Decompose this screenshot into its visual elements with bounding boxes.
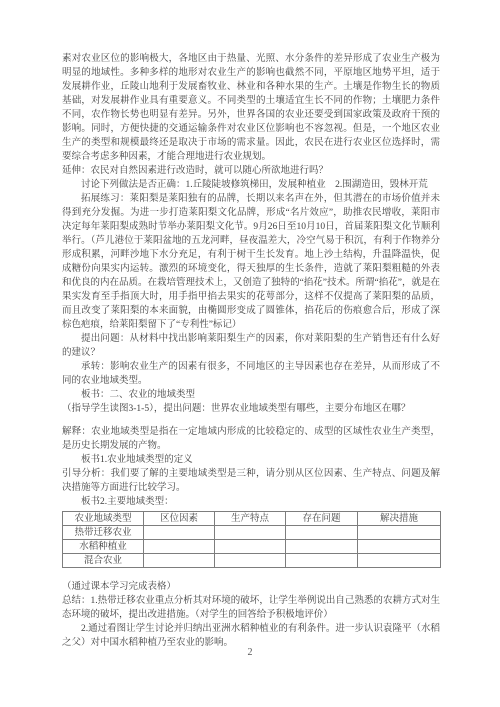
paragraph: 引导分析：我们要了解的主要地域类型是三种，请分别从区位因素、生产特点、问题及解决… (62, 467, 440, 495)
paragraph: 总结：1.热带迁移农业重点分析其对环境的破坏，让学生举例说出自己熟悉的农耕方式对… (62, 594, 440, 622)
page-number: 2 (0, 647, 500, 658)
table-row-label: 热带迁移农业 (63, 526, 144, 540)
paragraph: 板书2.主要地域类型： (62, 495, 440, 509)
paragraph: 2.通过看图让学生讨论并归纳出亚洲水稻种植业的有利条件。进一步认识袁隆平（水稻之… (62, 622, 440, 650)
table-header-row: 农业地域类型区位因素生产特点存在问题解决措施 (63, 512, 441, 526)
table-empty-cell (144, 554, 215, 568)
agricultural-types-comparison-table: 农业地域类型区位因素生产特点存在问题解决措施 热带迁移农业水稻种植业混合农业 (62, 511, 441, 568)
table-empty-cell (144, 540, 215, 554)
table-empty-cell (215, 526, 286, 540)
paragraph: （指导学生读图3-1-5），提出问题：世界农业地域类型有哪些，主要分布地区在哪？ (62, 402, 440, 416)
paragraph: 板书1.农业地域类型的定义 (62, 453, 440, 467)
table-empty-cell (358, 526, 441, 540)
paragraph: 素对农业区位的影响极大，各地区由于热量、光照、水分条件的差异形成了农业生产极为明… (62, 52, 440, 164)
paragraph: 延伸：农民对自然因素进行改造时，就可以随心所欲地进行吗？ (62, 164, 440, 178)
table-header-cell: 区位因素 (144, 512, 215, 526)
document-content: 素对农业区位的影响极大，各地区由于热量、光照、水分条件的差异形成了农业生产极为明… (62, 52, 440, 650)
table-row: 混合农业 (63, 554, 441, 568)
table-row-label: 混合农业 (63, 554, 144, 568)
paragraph: 板书：二、农业的地域类型 (62, 388, 440, 402)
paragraph: （通过课本学习完成表格） (62, 580, 440, 594)
paragraph: 讨论下列做法是否正确：1.丘陵陡坡修筑梯田，发展种植业 2.围湖造田，毁林开荒 (62, 178, 440, 192)
table-row: 水稻种植业 (63, 540, 441, 554)
paragraph: 承转：影响农业生产的因素有很多，不同地区的主导因素也存在差异，从而形成了不同的农… (62, 360, 440, 388)
table-empty-cell (286, 554, 358, 568)
document-page: 素对农业区位的影响极大，各地区由于热量、光照、水分条件的差异形成了农业生产极为明… (0, 0, 500, 707)
table-header-cell: 解决措施 (358, 512, 441, 526)
table-empty-cell (358, 554, 441, 568)
paragraph: 拓展练习：莱阳梨是莱阳独有的品牌，长期以来名声在外，但其潜在的市场价值并未得到充… (62, 192, 440, 332)
table-empty-cell (144, 526, 215, 540)
table-empty-cell (286, 526, 358, 540)
table-empty-cell (358, 540, 441, 554)
table-empty-cell (215, 540, 286, 554)
document-body-bottom: （通过课本学习完成表格）总结：1.热带迁移农业重点分析其对环境的破坏，让学生举例… (62, 580, 440, 650)
table-row-label: 水稻种植业 (63, 540, 144, 554)
table-header-cell: 生产特点 (215, 512, 286, 526)
table-row: 热带迁移农业 (63, 526, 441, 540)
paragraph: 解释：农业地域类型是指在一定地域内形成的比较稳定的、成型的区域性农业生产类型，是… (62, 425, 440, 453)
table-empty-cell (286, 540, 358, 554)
table-header-cell: 农业地域类型 (63, 512, 144, 526)
table-empty-cell (215, 554, 286, 568)
document-body-top: 素对农业区位的影响极大，各地区由于热量、光照、水分条件的差异形成了农业生产极为明… (62, 52, 440, 509)
table-header-cell: 存在问题 (286, 512, 358, 526)
paragraph: 提出问题：从材料中找出影响莱阳梨生产的因素，你对莱阳梨的生产销售还有什么好的建议… (62, 332, 440, 360)
